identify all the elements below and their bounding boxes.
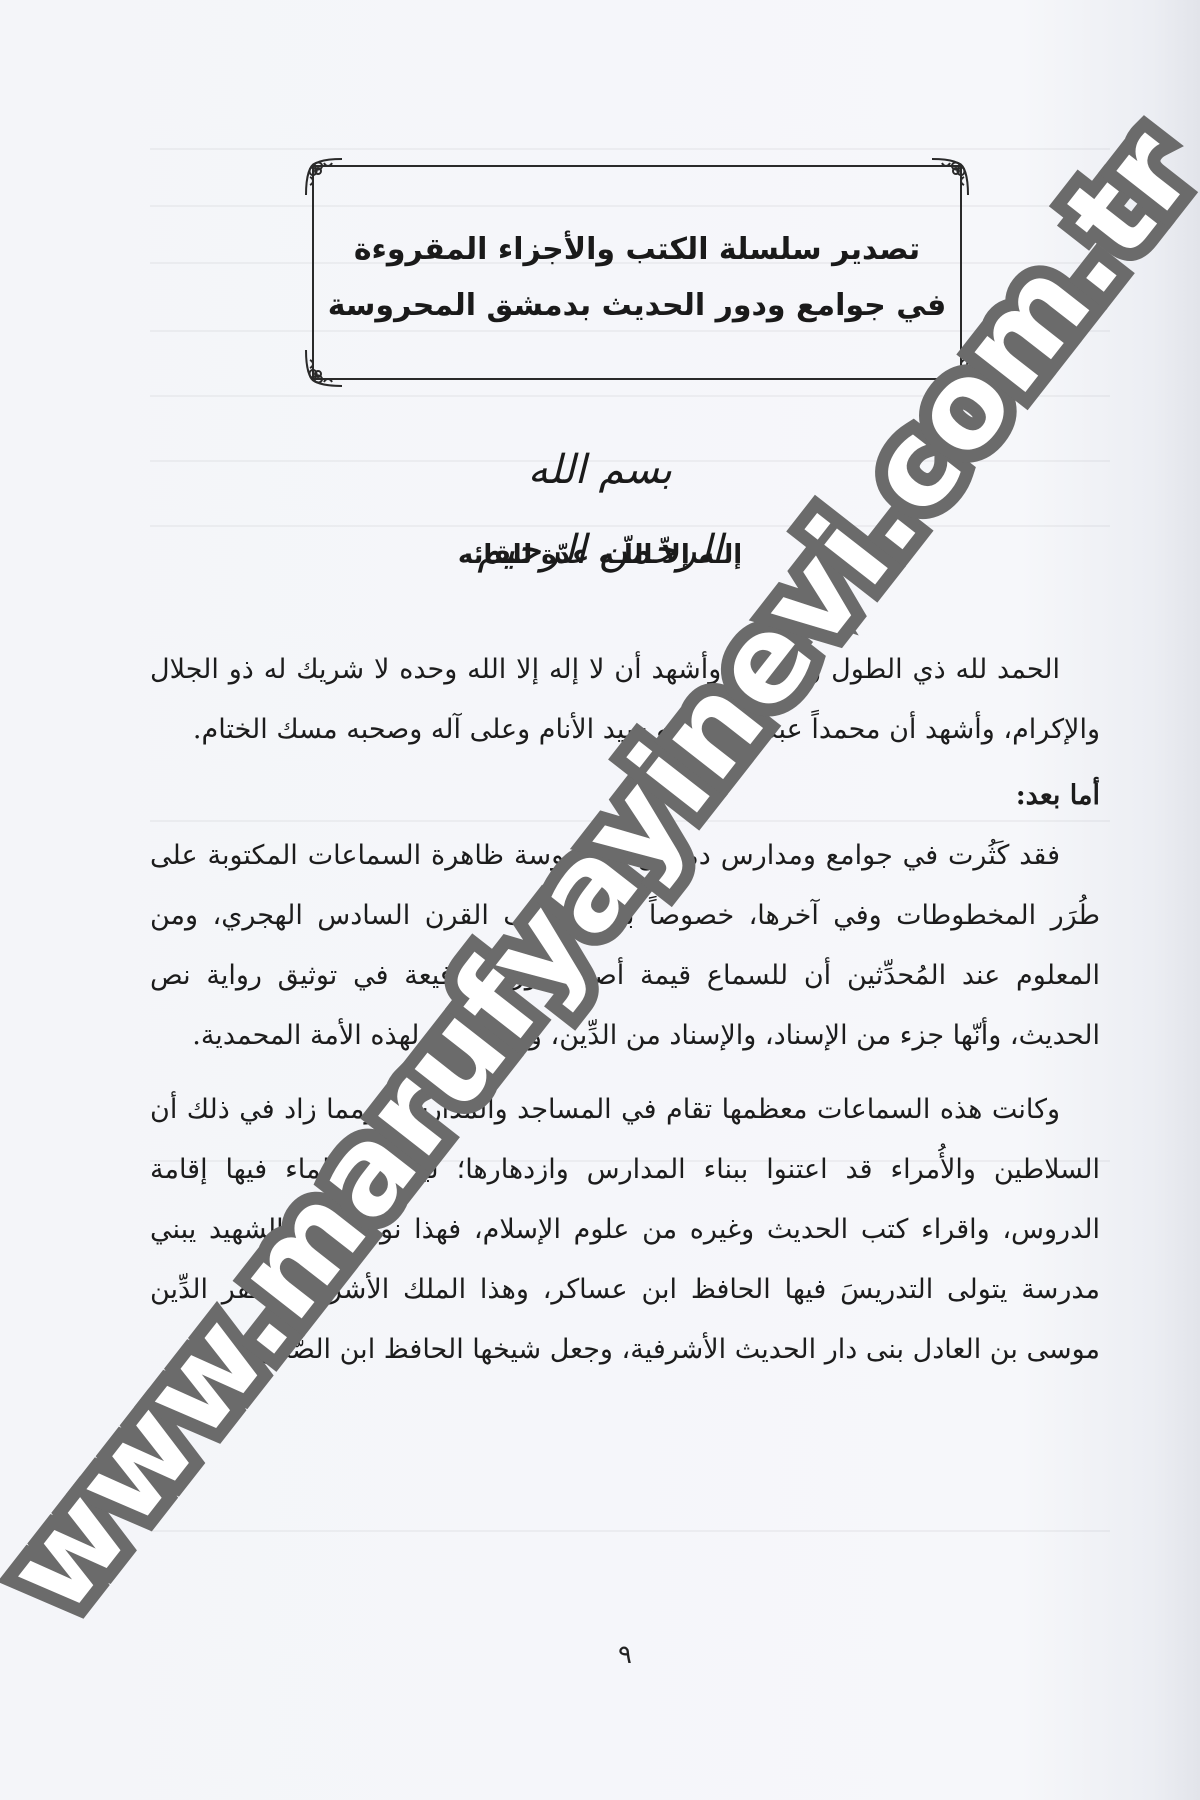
chapter-title: تصدير سلسلة الكتب والأجزاء المقروءة في ج… — [314, 222, 960, 334]
subtitle: إلـه إلاّ اللّـه عدّة للقائه — [400, 535, 800, 575]
book-page: تصدير سلسلة الكتب والأجزاء المقروءة في ج… — [0, 0, 1200, 1800]
ornament-corner-icon — [928, 155, 972, 199]
ornament-corner-icon — [302, 155, 346, 199]
show-through-line — [150, 1530, 1110, 1532]
show-through-line — [150, 148, 1110, 150]
chapter-title-line-1: تصدير سلسلة الكتب والأجزاء المقروءة — [314, 222, 960, 278]
chapter-title-frame: تصدير سلسلة الكتب والأجزاء المقروءة في ج… — [312, 165, 962, 380]
page-number: ٩ — [600, 1640, 650, 1670]
chapter-title-line-2: في جوامع ودور الحديث بدمشق المحروسة — [314, 278, 960, 334]
basmala-calligraphy: بسم الله الرحمن الرحيم — [470, 430, 730, 510]
ornament-corner-icon — [302, 346, 346, 390]
